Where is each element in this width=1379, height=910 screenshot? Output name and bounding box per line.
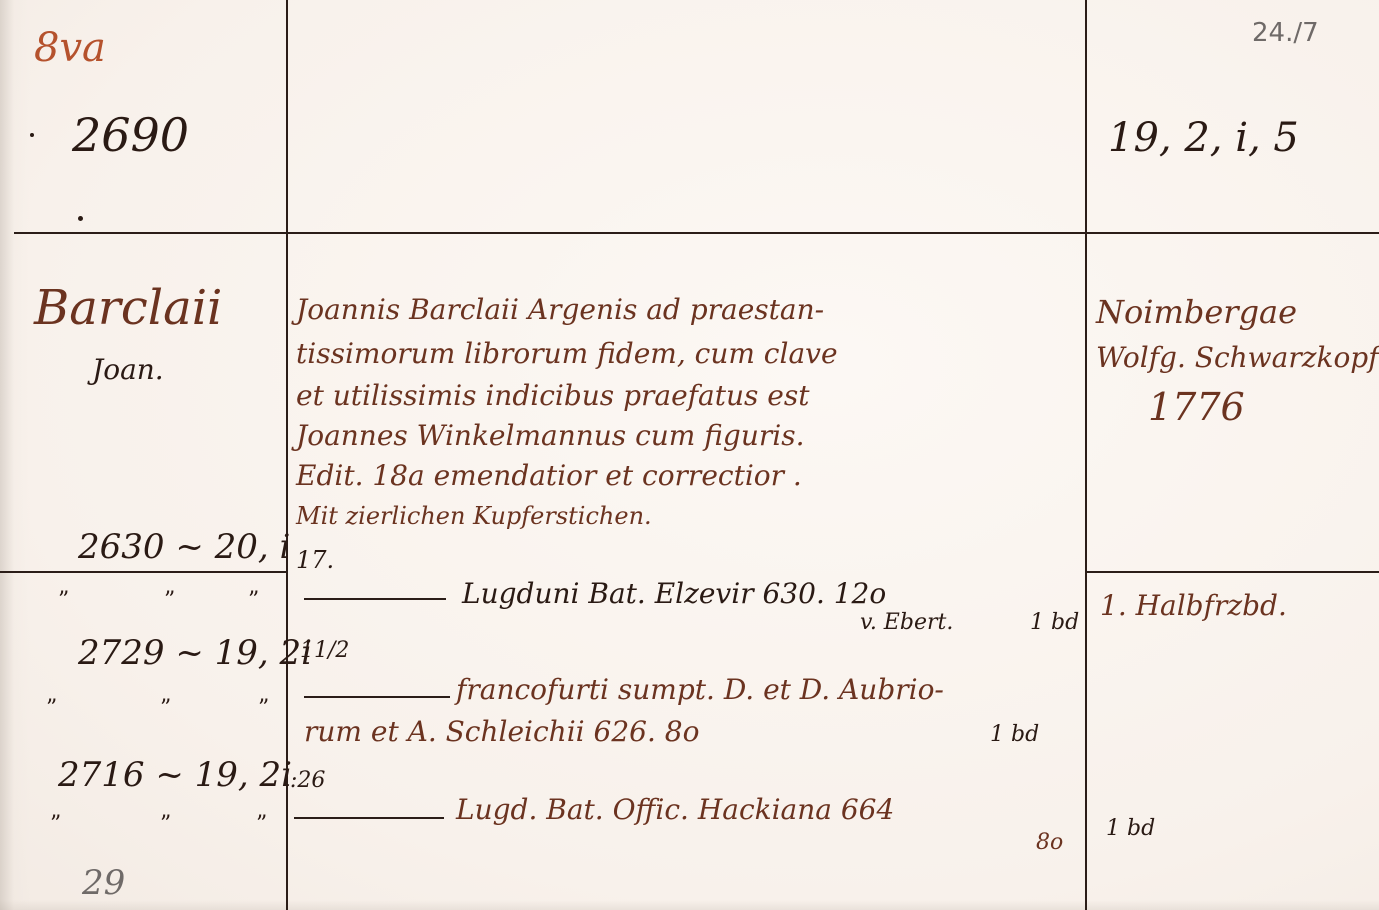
edition-note: v. Ebert.: [860, 612, 953, 634]
title-line: Edit. 18a emendatior et correctior .: [296, 462, 802, 490]
accession-number: 2690: [72, 112, 189, 158]
fraction-note: 11/2: [300, 640, 349, 662]
catalog-reference: 2729 ~ 19, 2i: [78, 636, 312, 670]
edition-volumes: 1 bd: [1030, 612, 1079, 634]
ditto-mark: ”: [256, 812, 267, 837]
pin-dot: [78, 216, 83, 221]
catalog-reference: 2716 ~ 19, 2i: [58, 758, 292, 792]
left-entry-divider: [0, 571, 288, 573]
binding-note: 1. Halbfrzbd.: [1100, 592, 1287, 620]
catalog-card: 8va 2690 24./7 19, 2, i, 5 Barclaii Joan…: [0, 0, 1379, 910]
ditto-rule: [304, 696, 450, 698]
edition-imprint: Lugd. Bat. Offic. Hackiana 664: [456, 796, 894, 824]
edition-volumes: 1 bd: [990, 724, 1039, 746]
ditto-mark: ”: [164, 588, 175, 613]
edition-imprint: rum et A. Schleichii 626. 8o: [304, 718, 699, 746]
fraction-note: :26: [290, 770, 325, 792]
page-number: 29: [82, 866, 125, 900]
ditto-mark: ”: [160, 812, 171, 837]
ditto-mark: ”: [46, 696, 57, 721]
imprint-place: Noimbergae: [1096, 296, 1297, 328]
format-mark: 8va: [34, 28, 106, 68]
edition-format: 8o: [1036, 832, 1063, 854]
ditto-mark: ”: [248, 588, 259, 613]
title-line: et utilissimis indicibus praefatus est: [296, 382, 809, 410]
pin-dot: [30, 133, 34, 137]
right-entry-divider: [1086, 571, 1379, 573]
edition-imprint: Lugduni Bat. Elzevir 630. 12o: [462, 580, 886, 608]
header-divider: [14, 232, 1379, 234]
ditto-rule: [294, 817, 444, 819]
title-line: Joannes Winkelmannus cum figuris.: [296, 422, 804, 450]
shelf-reference: 24./7: [1252, 20, 1319, 46]
ditto-mark: ”: [258, 696, 269, 721]
title-line: tissimorum librorum fidem, cum clave: [296, 340, 838, 368]
ditto-mark: ”: [50, 812, 61, 837]
ditto-rule: [304, 598, 446, 600]
imprint-year: 1776: [1148, 388, 1245, 426]
edition-volumes: 1 bd: [1106, 818, 1155, 840]
title-line: 17.: [296, 548, 334, 572]
column-divider-right: [1085, 0, 1087, 910]
title-line: Mit zierlichen Kupferstichen.: [296, 504, 652, 528]
ditto-mark: ”: [160, 696, 171, 721]
ditto-mark: ”: [58, 588, 69, 613]
author-given-name: Joan.: [92, 356, 164, 384]
catalog-reference: 2630 ~ 20, i: [78, 530, 290, 564]
location-code: 19, 2, i, 5: [1108, 118, 1299, 158]
author-surname: Barclaii: [34, 284, 222, 332]
title-line: Joannis Barclaii Argenis ad praestan-: [296, 296, 824, 324]
imprint-publisher: Wolfg. Schwarzkopf.: [1096, 344, 1379, 372]
edition-imprint: francofurti sumpt. D. et D. Aubrio-: [456, 676, 944, 704]
